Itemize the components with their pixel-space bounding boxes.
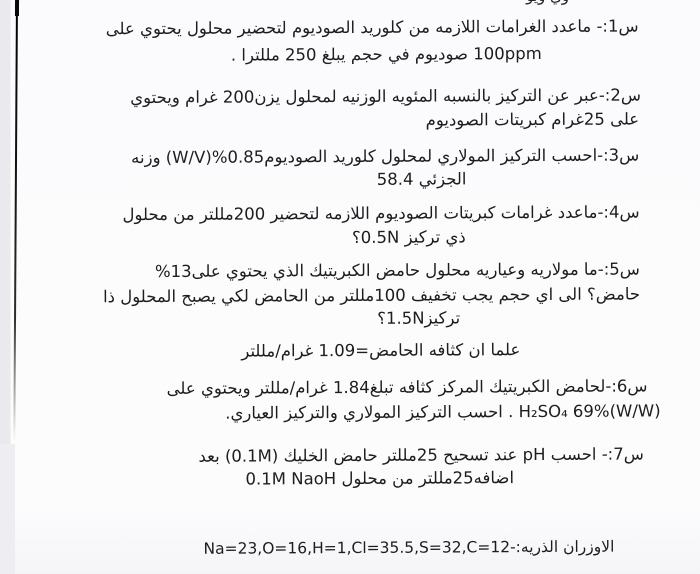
document-text: س1:- ماعدد الغرامات اللازمه من كلوريد ال…	[0, 0, 700, 574]
density-note-line: علما ان كثافه الحامض=1.09 غرام/مللتر	[0, 338, 700, 364]
question-6-line-1: س6:-لحامض الكبريتيك المركز كثافه تبلغ1.8…	[0, 375, 700, 401]
question-5-line-1: س5:-ما مولاريه وعياريه محلول حامض الكبري…	[0, 258, 700, 284]
question-4-line-1: س4:-ماعدد غرامات كبريتات الصوديوم اللازم…	[0, 201, 700, 227]
question-3-line-1: س3:-احسب التركيز المولاري لمحلول كلوريد …	[0, 144, 699, 170]
question-1-line-2: 100ppm صوديوم في حجم يبلغ 250 مللترا .	[0, 42, 699, 68]
question-2-line-1: س2:-عبر عن التركيز بالنسبه المئويه الوزن…	[0, 84, 699, 110]
atomic-weights-line: الاوزران الذريه:-Na=23,O=16,H=1,Cl=35.5,…	[1, 535, 700, 561]
question-6-line-2: H₂SO₄ 69%(W/W) . احسب التركيز المولاري و…	[1, 400, 700, 426]
question-4-line-2: ذي تركيز 0.5N؟	[0, 225, 700, 251]
question-7-line-1: س7:- احسب pH عند تسحيح 25مللتر حامض الخل…	[1, 443, 700, 469]
question-1-line-1: س1:- ماعدد الغرامات اللازمه من كلوريد ال…	[0, 15, 699, 41]
question-3-line-2: الجزئي 58.4	[0, 167, 699, 193]
question-5-line-3: تركيز1.5N؟	[0, 306, 700, 332]
question-2-line-2: على 25غرام كبريتات الصوديوم	[0, 108, 699, 134]
scanned-document-page: وي ويو س1:- ماعدد الغرامات اللازمه من كل…	[0, 0, 700, 574]
question-7-line-2: اضافه25مللتر من محلول 0.1M NaoH	[1, 466, 700, 492]
question-5-line-2: حامض؟ الى اي حجم يجب تخفيف 100مللتر من ا…	[0, 283, 700, 309]
